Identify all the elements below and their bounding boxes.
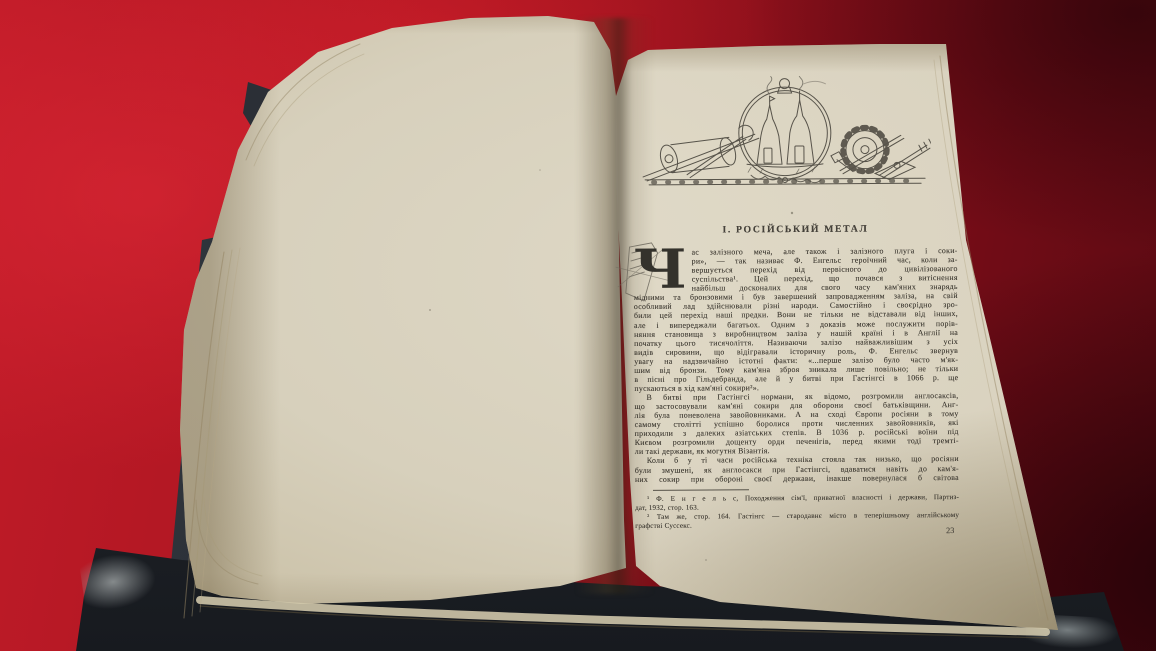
right-page-content: І. РОСІЙСЬКИЙ МЕТАЛ Ч ас залізного меча,… [632,0,960,651]
chapter-heading: І. РОСІЙСЬКИЙ МЕТАЛ [633,223,957,236]
photo-open-book-on-red-velvet: І. РОСІЙСЬКИЙ МЕТАЛ Ч ас залізного меча,… [0,0,1156,651]
text-line: графстві Суссекс. [635,520,959,531]
footnote-separator [653,489,749,491]
cover-worn-corner-left [79,549,160,613]
text-line: них сокир при обороні своєї держави, іна… [635,473,959,484]
furnace-vignette-illustration [638,75,931,199]
page-number: 23 [935,526,965,535]
body-text: ас залізного меча, але також і залізного… [634,246,959,484]
footnotes: ¹ Ф. Е н г е л ь с, Походження сім'ї, пр… [635,493,959,531]
